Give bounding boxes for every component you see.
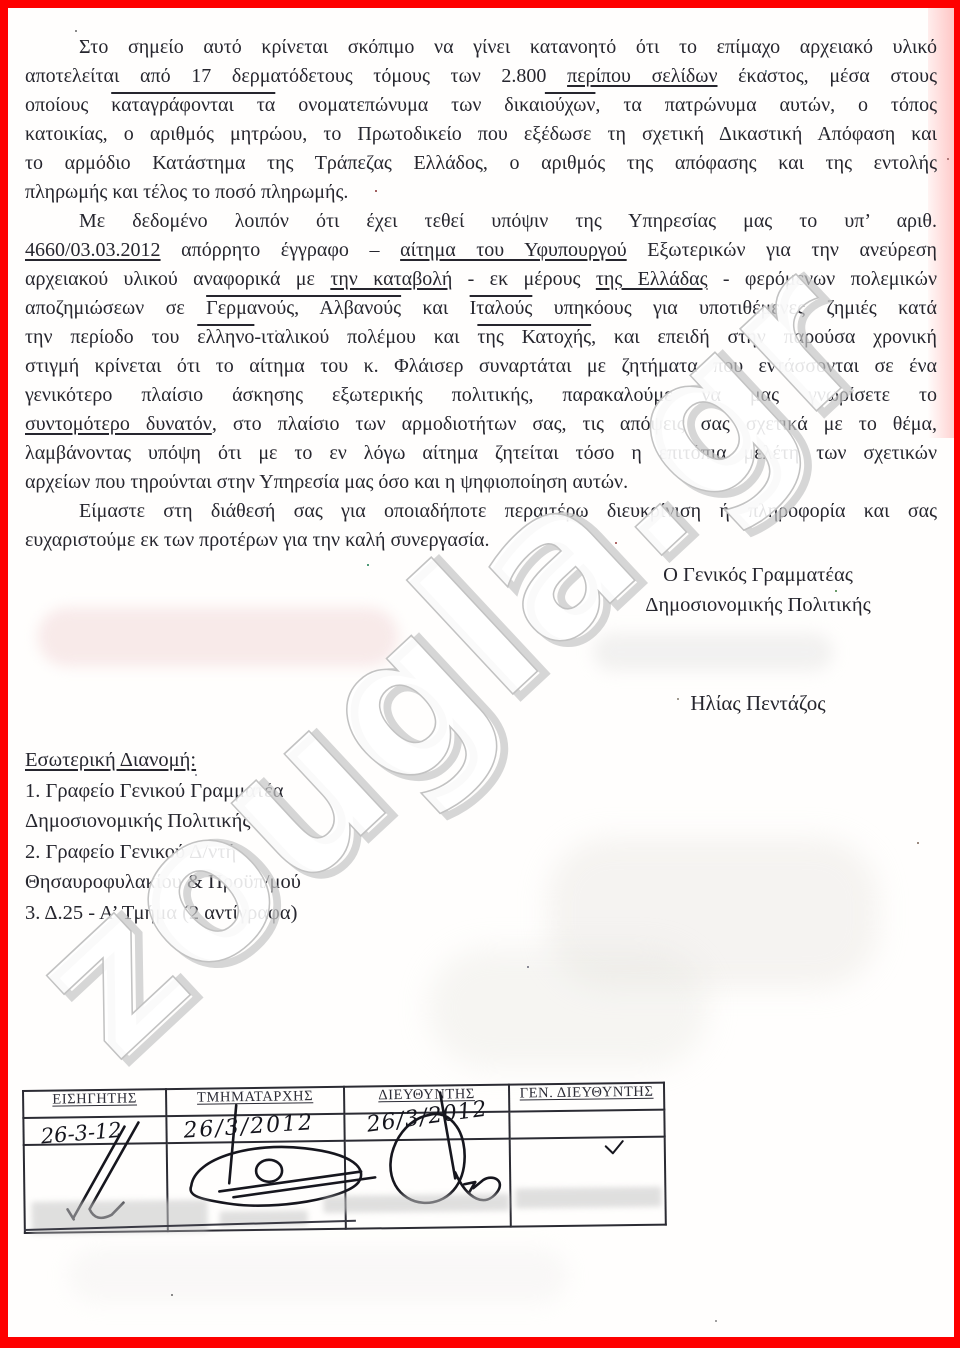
text-run: το αρμόδιο Κατάστημα της Τράπεζας Ελλάδο…	[25, 152, 937, 174]
text-line: την περίοδο του ελληνο-ιταλικού πολέμου …	[25, 323, 937, 352]
text-run: στιγμή κρίνεται ότι το αίτημα του κ. Φλά…	[25, 355, 937, 377]
text-run: Είμαστε στη διάθεσή σας για οποιαδήποτε …	[79, 500, 937, 522]
text-line: κατοικίας, ο αριθμός μητρώου, το Πρωτοδι…	[25, 120, 937, 149]
text-line: 4660/03.03.2012 απόρρητο έγγραφο – αίτημ…	[25, 236, 937, 265]
text-line: αρχείων που τηρούνται στην Υπηρεσία μας …	[25, 468, 937, 497]
scan-smudge	[68, 1248, 568, 1303]
text-run: οποίους	[25, 94, 111, 116]
text-line: συντομότερο δυνατόν, στο πλαίσιο των αρμ…	[25, 410, 937, 439]
text-run-underlined: συντομότερο δυνατόν	[25, 413, 212, 435]
text-run-underlined: 4660/03.03.2012	[25, 239, 161, 261]
text-run: -ιταλικού πολέμου και	[254, 326, 477, 348]
distribution-item: Θησαυροφυλακίου & Προϋπ/μού	[25, 867, 301, 898]
distribution-item: Δημοσιονομικής Πολιτικής	[25, 806, 301, 837]
text-run: αρχειακού υλικού αναφορικά με	[25, 268, 330, 290]
text-line: το αρμόδιο Κατάστημα της Τράπεζας Ελλάδο…	[25, 149, 937, 178]
distribution-item: 1. Γραφείο Γενικού Γραμματέα	[25, 776, 301, 807]
text-run: απόρρητο έγγραφο –	[161, 239, 401, 261]
text-run: - εκ μέρους	[452, 268, 596, 290]
text-line: πληρωμής και τέλος το ποσό πληρωμής.	[25, 178, 937, 207]
text-run-overlined: ούχων	[545, 94, 596, 116]
signature-scribble-tmimatarxis	[189, 1103, 375, 1206]
text-run: και	[401, 297, 470, 319]
text-run: ευχαριστούμε εκ των προτέρων για την καλ…	[25, 529, 490, 551]
text-run: Με δεδομένο λοιπόν ότι έχει τεθεί υπόψιν…	[79, 210, 937, 232]
signatory-title-line1: Ο Γενικός Γραμματέας	[593, 560, 923, 590]
text-run: Εξωτερικών για την ανεύρεση	[627, 239, 937, 261]
text-run-underlined: την καταβολή	[330, 268, 452, 290]
text-run: κατοικίας, ο αριθμός μητρώου, το Πρωτοδι…	[25, 123, 937, 145]
scan-smudge	[548, 838, 878, 988]
text-run: , τα πατρώνυμα αυτών, ο τόπος	[595, 94, 937, 116]
scanned-letter-page: Στο σημείο αυτό κρίνεται σκόπιμο να γίνε…	[0, 0, 960, 1348]
text-run: πληρωμής και τέλος το ποσό πληρωμής.	[25, 181, 348, 203]
text-line: αποζημιώσεων σε Γερμανούς, Αλβανούς και …	[25, 294, 937, 323]
text-run-overlined: της Κατοχής	[477, 326, 591, 348]
text-run-overlined: ελληνο	[197, 326, 254, 348]
text-line: στιγμή κρίνεται ότι το αίτημα του κ. Φλά…	[25, 352, 937, 381]
text-run-overlined: Γερμανούς, Αλβανούς	[206, 297, 401, 319]
distribution-heading: Εσωτερική Διανομή:	[25, 745, 301, 776]
text-run: αρχείων που τηρούνται στην Υπηρεσία μας …	[25, 471, 628, 493]
text-run: αποτελείται από 17 δερματόδετους τόμους …	[25, 65, 567, 87]
text-run-overlined: Ιταλούς	[470, 297, 533, 319]
signatory-title: Ο Γενικός Γραμματέας Δημοσιονομικής Πολι…	[593, 560, 923, 620]
text-line: Είμαστε στη διάθεσή σας για οποιαδήποτε …	[25, 497, 937, 526]
check-mark	[606, 1141, 623, 1153]
distribution-list: Εσωτερική Διανομή: 1. Γραφείο Γενικού Γρ…	[25, 745, 301, 928]
text-line: Στο σημείο αυτό κρίνεται σκόπιμο να γίνε…	[25, 33, 937, 62]
text-run: έκαστος, μέσα στους	[718, 65, 938, 87]
text-line: Με δεδομένο λοιπόν ότι έχει τεθεί υπόψιν…	[25, 207, 937, 236]
text-line: λαμβάνοντας υπόψη ότι με το εν λόγω αίτη…	[25, 439, 937, 468]
text-run-underlined: περίπου σελίδων	[567, 65, 717, 87]
text-run: , και επειδή στην παρούσα χρονική	[591, 326, 937, 348]
signatory-title-line2: Δημοσιονομικής Πολιτικής	[593, 590, 923, 620]
text-run-overlined: καταγράφονται τα	[111, 94, 275, 116]
text-run: την περίοδο του	[25, 326, 197, 348]
text-run: ονοματεπώνυμα των δικαι	[275, 94, 545, 116]
text-run: γενικότερο πλαίσιο άσκησης εξωτερικής πο…	[25, 384, 937, 406]
text-line: αποτελείται από 17 δερματόδετους τόμους …	[25, 62, 937, 91]
letter-body: Στο σημείο αυτό κρίνεται σκόπιμο να γίνε…	[25, 33, 937, 555]
text-line: γενικότερο πλαίσιο άσκησης εξωτερικής πο…	[25, 381, 937, 410]
distribution-item: 3. Δ.25 - Α’ Τμήμα (2 αντίγραφα)	[25, 898, 301, 929]
text-run-underlined: αίτημα του Υφυπουργού	[400, 239, 627, 261]
approval-table: ΕΙΣΗΓΗΤΗΣ ΤΜΗΜΑΤΑΡΧΗΣ ΔΙΕΥΘΥΝΤΗΣ ΓΕΝ. ΔΙ…	[22, 1082, 665, 1229]
text-run: υπηκόους για υποτιθέμενες ζημιές κατά	[532, 297, 937, 319]
scan-smudge	[428, 948, 708, 1068]
scan-smudge	[38, 608, 398, 666]
text-run: Στο σημείο αυτό κρίνεται σκόπιμο να γίνε…	[79, 36, 937, 58]
text-line: αρχειακού υλικού αναφορικά με την καταβο…	[25, 265, 937, 294]
text-run: αποζημιώσεων σε	[25, 297, 206, 319]
distribution-item: 2. Γραφείο Γενικού Δ/ντή	[25, 837, 301, 868]
text-line: ευχαριστούμε εκ των προτέρων για την καλ…	[25, 526, 937, 555]
signature-scribble-diefthintis	[390, 1092, 501, 1204]
text-run: - φερόμενων πολεμικών	[708, 268, 937, 290]
text-run: , στο πλαίσιο των αρμοδιοτήτων σας, τις …	[212, 413, 937, 435]
redaction-blur	[323, 1194, 509, 1213]
scan-smudge	[593, 633, 833, 671]
scan-noise-specks	[75, 30, 77, 32]
text-run: λαμβάνοντας υπόψη ότι με το εν λόγω αίτη…	[25, 442, 937, 464]
signatory-name: Ηλίας Πεντάζος	[593, 691, 923, 716]
text-run-underlined: της Ελλάδας	[596, 268, 708, 290]
text-line: οποίους καταγράφονται τα ονοματεπώνυμα τ…	[25, 91, 937, 120]
redaction-blur	[515, 1187, 661, 1209]
